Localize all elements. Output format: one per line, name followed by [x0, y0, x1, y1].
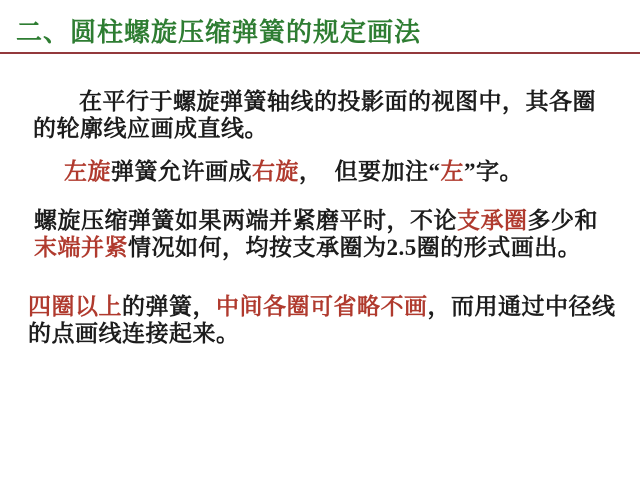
text-segment: 弹簧允许画成	[111, 159, 252, 184]
text-segment: ”字。	[464, 159, 523, 184]
text-segment: 右旋	[252, 159, 299, 184]
text-segment: 左旋	[64, 159, 111, 184]
text-segment: 的弹簧，	[122, 294, 216, 319]
slide-title: 二、圆柱螺旋压缩弹簧的规定画法	[16, 12, 626, 49]
paragraph-four-coils-rule: 四圈以上的弹簧，中间各圈可省略不画，而用通过中径线的点画线连接起来。	[28, 293, 618, 347]
title-divider-line	[0, 52, 640, 54]
paragraph-projection-rule: 在平行于螺旋弹簧轴线的投影面的视图中，其各圈的轮廓线应画成直线。	[33, 88, 613, 142]
text-segment: 四圈以上	[28, 294, 122, 319]
text-segment: 情况如何，均按支承圈为2.5圈的形式画出。	[128, 235, 581, 260]
text-segment: ， 但要加注“	[299, 159, 441, 184]
text-segment: 多少和	[528, 208, 599, 233]
presentation-slide: 二、圆柱螺旋压缩弹簧的规定画法 在平行于螺旋弹簧轴线的投影面的视图中，其各圈的轮…	[0, 0, 640, 480]
text-segment: 支承圈	[457, 208, 528, 233]
paragraph-left-hand-spring: 左旋弹簧允许画成右旋， 但要加注“左”字。	[64, 158, 624, 185]
text-segment: 中间各圈可省略不画	[216, 294, 428, 319]
text-segment: 螺旋压缩弹簧如果两端并紧磨平时，不论	[34, 208, 457, 233]
paragraph-ground-ends-rule: 螺旋压缩弹簧如果两端并紧磨平时，不论支承圈多少和末端并紧情况如何，均按支承圈为2…	[34, 207, 616, 261]
text-segment: 末端并紧	[34, 235, 128, 260]
text-segment: 左	[441, 159, 465, 184]
